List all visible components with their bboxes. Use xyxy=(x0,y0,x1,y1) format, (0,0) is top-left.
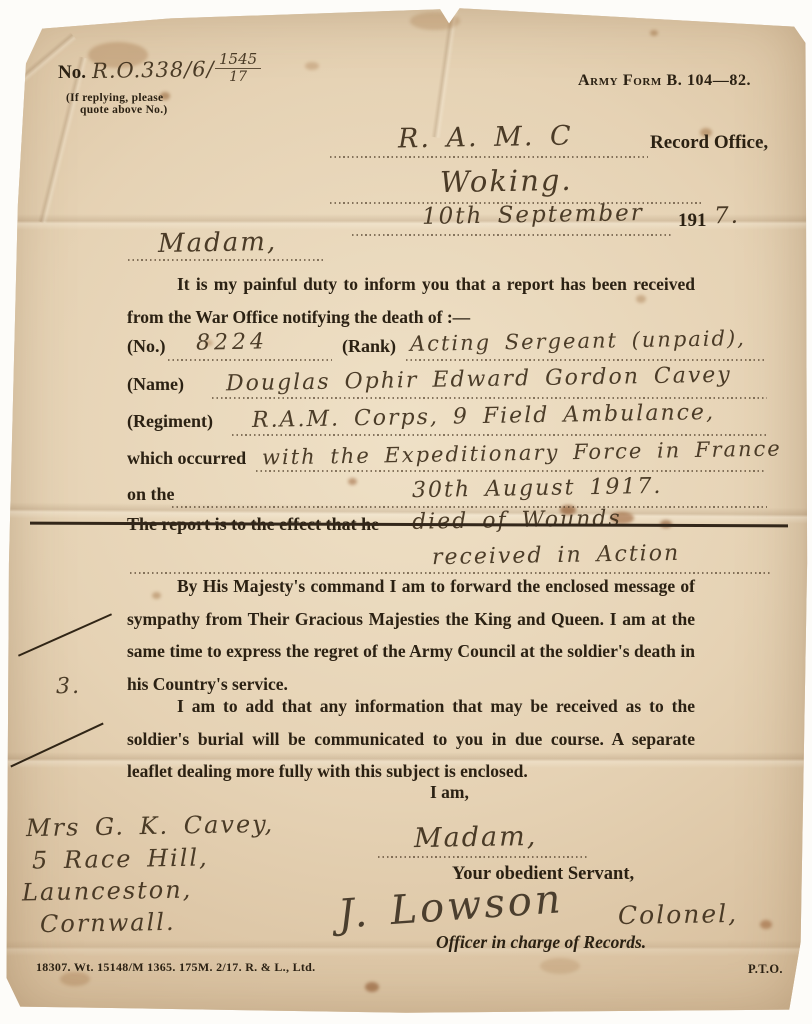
address-line-2: 5 Race Hill, xyxy=(32,843,209,874)
salutation-madam: Madam, xyxy=(158,227,278,259)
dotted-line xyxy=(172,506,767,508)
field-onthe-label: on the xyxy=(127,484,175,505)
ref-fraction-denominator: 17 xyxy=(215,69,261,85)
received-in-action-script: received in Action xyxy=(432,541,681,570)
dotted-line xyxy=(168,359,332,361)
signature-rank: Colonel, xyxy=(618,899,739,930)
stain xyxy=(540,958,580,974)
dotted-line xyxy=(232,434,767,436)
struck-script-text: died of Wounds xyxy=(412,506,622,535)
address-line-1: Mrs G. K. Cavey, xyxy=(26,810,275,842)
dotted-line xyxy=(212,397,767,399)
stain xyxy=(348,478,357,485)
year-printed: 191 xyxy=(678,210,707,232)
ref-note-line1: (If replying, please xyxy=(66,92,163,104)
office-name-printed: Record Office, xyxy=(650,132,768,154)
signature: J. Lowson xyxy=(337,876,565,938)
address-line-4: Cornwall. xyxy=(40,908,176,938)
letter-date-script: 10th September xyxy=(422,200,644,230)
margin-slash xyxy=(18,613,112,656)
margin-slash xyxy=(10,723,103,768)
field-occurred-label: which occurred xyxy=(127,448,246,469)
office-name-script: R. A. M. C xyxy=(398,120,573,154)
dotted-line xyxy=(256,470,766,472)
stain xyxy=(650,30,658,36)
field-regiment-label: (Regiment) xyxy=(127,411,213,432)
field-rank-value: Acting Sergeant (unpaid), xyxy=(410,326,746,356)
closing-i-am: I am, xyxy=(430,782,469,803)
field-rank-label: (Rank) xyxy=(342,336,396,357)
field-name-value: Douglas Ophir Edward Gordon Cavey xyxy=(226,363,732,397)
stain xyxy=(305,62,319,70)
dotted-line xyxy=(128,259,323,261)
crease xyxy=(431,8,459,138)
dotted-line xyxy=(330,156,648,158)
dotted-line xyxy=(378,856,588,858)
ref-fraction-numerator: 1545 xyxy=(215,50,261,69)
margin-note-3: 3. xyxy=(56,674,81,699)
dotted-line xyxy=(406,359,766,361)
closing-madam: Madam, xyxy=(414,821,538,854)
crease xyxy=(0,940,812,956)
field-occurred-value: with the Expeditionary Force in France xyxy=(262,436,782,469)
stain xyxy=(410,12,460,30)
records-officer-title: Officer in charge of Records. xyxy=(436,932,646,953)
pto-label: P.T.O. xyxy=(748,962,783,977)
paragraph-sympathy: By His Majesty's command I am to forward… xyxy=(127,570,695,700)
printer-imprint: 18307. Wt. 15148/M 1365. 175M. 2/17. R. … xyxy=(36,960,315,975)
paper-sheet: No. R.O.338/6/ 1545 17 (If replying, ple… xyxy=(0,0,812,1024)
field-no-label: (No.) xyxy=(127,336,166,357)
field-name-label: (Name) xyxy=(127,374,184,395)
year-script: 7. xyxy=(714,203,740,229)
ref-number-fraction: 1545 17 xyxy=(215,50,261,85)
paragraph-burial: I am to add that any information that ma… xyxy=(127,690,695,788)
dotted-line xyxy=(352,234,672,236)
office-place: Woking. xyxy=(440,163,573,199)
stain xyxy=(760,920,772,929)
field-no-value: 8224 xyxy=(196,329,268,355)
scanned-letter: No. R.O.338/6/ 1545 17 (If replying, ple… xyxy=(0,0,812,1024)
stain xyxy=(365,982,379,992)
ref-number-value: R.O.338/6/ xyxy=(92,57,215,83)
ref-number-label: No. xyxy=(58,62,86,84)
field-onthe-value: 30th August 1917. xyxy=(412,474,663,503)
form-title: Army Form B. 104—82. xyxy=(578,72,751,90)
address-line-3: Launceston, xyxy=(22,876,193,907)
paragraph-duty: It is my painful duty to inform you that… xyxy=(127,268,695,333)
field-regiment-value: R.A.M. Corps, 9 Field Ambulance, xyxy=(252,400,715,433)
ref-note-line2: quote above No.) xyxy=(80,104,168,116)
